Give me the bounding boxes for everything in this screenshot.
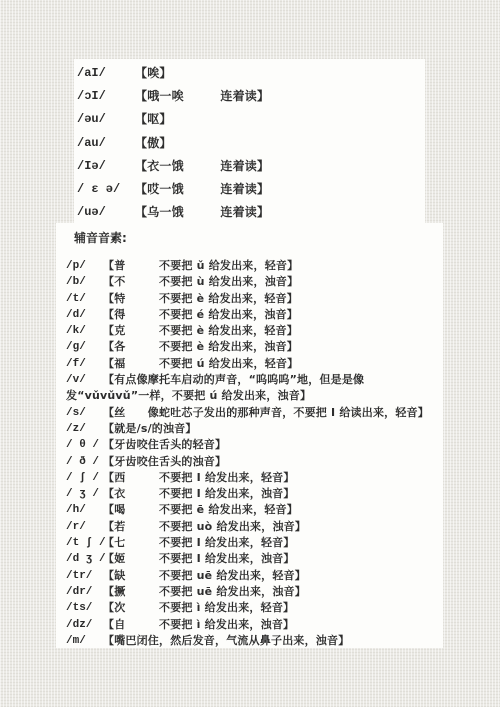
vowel-phoneme-row: / ɛ ə/【哎一饿 连着读】 xyxy=(77,178,425,201)
consonant-phoneme-row: /dr/【撅 不要把 uē 给发出来，浊音】 xyxy=(66,584,439,600)
pronunciation-hint: 【自 不要把 ì 给发出来，浊音】 xyxy=(103,618,294,631)
vowel-phoneme-row: /uə/【乌一饿 连着读】 xyxy=(77,201,425,223)
vowel-phoneme-row: /aI/【唉】 xyxy=(77,62,425,85)
pronunciation-hint: 【得 不要把 é 给发出来，浊音】 xyxy=(103,308,298,321)
phoneme-symbol: /b/ xyxy=(66,274,103,290)
phoneme-symbol: /s/ xyxy=(66,405,103,421)
pronunciation-hint: 【撅 不要把 uē 给发出来，浊音】 xyxy=(103,585,306,598)
phoneme-symbol: /d ʒ / xyxy=(66,551,103,567)
phoneme-symbol: /f/ xyxy=(66,356,103,372)
phoneme-symbol: /d/ xyxy=(66,307,103,323)
pronunciation-hint: 【哦一唉 连着读】 xyxy=(135,89,269,103)
document-page: /aI/【唉】 /ɔI/【哦一唉 连着读】 /əu/【呕】 /au/【傲】 /I… xyxy=(0,0,500,707)
vowel-phoneme-row: /əu/【呕】 xyxy=(77,108,425,131)
phoneme-symbol: /əu/ xyxy=(77,108,135,131)
pronunciation-hint: 【嘴巴闭住，然后发音，气流从鼻子出来，浊音】 xyxy=(103,634,349,647)
phoneme-symbol: /p/ xyxy=(66,258,103,274)
phoneme-symbol: / ɛ ə/ xyxy=(77,178,135,201)
phoneme-symbol: /t/ xyxy=(66,291,103,307)
consonant-phoneme-row: /v/【有点像摩托车启动的声音，“呜呜呜”地，但是是像发“vǔvǔvǔ”一样，不… xyxy=(66,372,439,405)
pronunciation-hint: 【哎一饿 连着读】 xyxy=(135,182,269,196)
pronunciation-hint: 【牙齿咬住舌头的轻音】 xyxy=(103,438,226,451)
vowel-phonemes-card: /aI/【唉】 /ɔI/【哦一唉 连着读】 /əu/【呕】 /au/【傲】 /I… xyxy=(74,59,425,223)
pronunciation-hint: 【丝 像蛇吐芯子发出的那种声音，不要把 I 给读出来，轻音】 xyxy=(103,406,429,419)
pronunciation-hint: 【不 不要把 ù 给发出来，浊音】 xyxy=(103,275,298,288)
phoneme-symbol: /ɔI/ xyxy=(77,85,135,108)
pronunciation-hint: 【喝 不要把 ē 给发出来，轻音】 xyxy=(103,503,298,516)
pronunciation-hint: 【傲】 xyxy=(135,136,172,150)
pronunciation-hint: 【衣 不要把 I 给发出来，浊音】 xyxy=(103,487,295,500)
phoneme-symbol: /z/ xyxy=(66,421,103,437)
consonant-phoneme-row: /ts/【次 不要把 ì 给发出来，轻音】 xyxy=(66,600,439,616)
consonant-phoneme-row: /t/【特 不要把 è 给发出来，轻音】 xyxy=(66,291,439,307)
vowel-rows-container: /aI/【唉】 /ɔI/【哦一唉 连着读】 /əu/【呕】 /au/【傲】 /I… xyxy=(77,62,425,223)
consonant-phoneme-row: /b/【不 不要把 ù 给发出来，浊音】 xyxy=(66,274,439,290)
phoneme-symbol: /g/ xyxy=(66,339,103,355)
pronunciation-hint: 【西 不要把 I 给发出来，轻音】 xyxy=(103,471,295,484)
phoneme-symbol: / ʒ / xyxy=(66,486,103,502)
phoneme-symbol: / θ / xyxy=(66,437,103,453)
consonant-phoneme-row: / θ /【牙齿咬住舌头的轻音】 xyxy=(66,437,439,453)
consonant-phoneme-row: /f/【福 不要把 ú 给发出来，轻音】 xyxy=(66,356,439,372)
phoneme-symbol: / ð / xyxy=(66,454,103,470)
consonant-phoneme-row: / ʃ /【西 不要把 I 给发出来，轻音】 xyxy=(66,470,439,486)
consonant-phoneme-row: /s/【丝 像蛇吐芯子发出的那种声音，不要把 I 给读出来，轻音】 xyxy=(66,405,439,421)
phoneme-symbol: / ʃ / xyxy=(66,470,103,486)
pronunciation-hint: 【各 不要把 è 给发出来，浊音】 xyxy=(103,340,298,353)
pronunciation-hint: 【特 不要把 è 给发出来，轻音】 xyxy=(103,292,298,305)
phoneme-symbol: /m/ xyxy=(66,633,103,648)
phoneme-symbol: /tr/ xyxy=(66,568,103,584)
pronunciation-hint: 【姬 不要把 I 给发出来，浊音】 xyxy=(103,552,295,565)
pronunciation-hint: 【呕】 xyxy=(135,112,172,126)
pronunciation-hint: 【普 不要把 ǔ 给发出来，轻音】 xyxy=(103,259,298,272)
consonant-phoneme-row: /k/【克 不要把 è 给发出来，轻音】 xyxy=(66,323,439,339)
phoneme-symbol: /t ʃ / xyxy=(66,535,103,551)
phoneme-symbol: /v/ xyxy=(66,372,103,388)
consonant-phonemes-card: 辅音音素: /p/【普 不要把 ǔ 给发出来，轻音】 /b/【不 不要把 ù 给… xyxy=(56,223,443,648)
consonant-rows-container: /p/【普 不要把 ǔ 给发出来，轻音】 /b/【不 不要把 ù 给发出来，浊音… xyxy=(66,258,439,648)
phoneme-symbol: /au/ xyxy=(77,132,135,155)
consonant-phoneme-row: /d ʒ /【姬 不要把 I 给发出来，浊音】 xyxy=(66,551,439,567)
phoneme-symbol: /aI/ xyxy=(77,62,135,85)
pronunciation-hint: 【就是/s/的浊音】 xyxy=(103,422,197,435)
phoneme-symbol: /h/ xyxy=(66,502,103,518)
consonant-phoneme-row: /h/【喝 不要把 ē 给发出来，轻音】 xyxy=(66,502,439,518)
consonant-phoneme-row: /tr/【缺 不要把 uē 给发出来，轻音】 xyxy=(66,568,439,584)
phoneme-symbol: /Iə/ xyxy=(77,155,135,178)
pronunciation-hint: 【牙齿咬住舌头的浊音】 xyxy=(103,455,226,468)
phoneme-symbol: /r/ xyxy=(66,519,103,535)
consonant-phoneme-row: / ð /【牙齿咬住舌头的浊音】 xyxy=(66,454,439,470)
pronunciation-hint: 【福 不要把 ú 给发出来，轻音】 xyxy=(103,357,298,370)
consonant-section-title: 辅音音素: xyxy=(74,232,439,245)
pronunciation-hint: 【有点像摩托车启动的声音，“呜呜呜”地，但是是像发“vǔvǔvǔ”一样，不要把 … xyxy=(66,373,364,402)
phoneme-symbol: /dz/ xyxy=(66,617,103,633)
pronunciation-hint: 【乌一饿 连着读】 xyxy=(135,205,269,219)
vowel-phoneme-row: /au/【傲】 xyxy=(77,132,425,155)
consonant-phoneme-row: /t ʃ /【七 不要把 I 给发出来，轻音】 xyxy=(66,535,439,551)
pronunciation-hint: 【克 不要把 è 给发出来，轻音】 xyxy=(103,324,298,337)
pronunciation-hint: 【缺 不要把 uē 给发出来，轻音】 xyxy=(103,569,306,582)
pronunciation-hint: 【次 不要把 ì 给发出来，轻音】 xyxy=(103,601,294,614)
pronunciation-hint: 【若 不要把 uò 给发出来，浊音】 xyxy=(103,520,306,533)
vowel-phoneme-row: /Iə/【衣一饿 连着读】 xyxy=(77,155,425,178)
pronunciation-hint: 【衣一饿 连着读】 xyxy=(135,159,269,173)
pronunciation-hint: 【七 不要把 I 给发出来，轻音】 xyxy=(103,536,295,549)
consonant-phoneme-row: /dz/【自 不要把 ì 给发出来，浊音】 xyxy=(66,617,439,633)
consonant-phoneme-row: /r/【若 不要把 uò 给发出来，浊音】 xyxy=(66,519,439,535)
consonant-phoneme-row: /p/【普 不要把 ǔ 给发出来，轻音】 xyxy=(66,258,439,274)
consonant-phoneme-row: /m/【嘴巴闭住，然后发音，气流从鼻子出来，浊音】 xyxy=(66,633,439,648)
consonant-phoneme-row: /g/【各 不要把 è 给发出来，浊音】 xyxy=(66,339,439,355)
pronunciation-hint: 【唉】 xyxy=(135,66,172,80)
consonant-phoneme-row: / ʒ /【衣 不要把 I 给发出来，浊音】 xyxy=(66,486,439,502)
phoneme-symbol: /uə/ xyxy=(77,201,135,223)
phoneme-symbol: /ts/ xyxy=(66,600,103,616)
phoneme-symbol: /dr/ xyxy=(66,584,103,600)
consonant-phoneme-row: /d/【得 不要把 é 给发出来，浊音】 xyxy=(66,307,439,323)
phoneme-symbol: /k/ xyxy=(66,323,103,339)
consonant-phoneme-row: /z/【就是/s/的浊音】 xyxy=(66,421,439,437)
vowel-phoneme-row: /ɔI/【哦一唉 连着读】 xyxy=(77,85,425,108)
